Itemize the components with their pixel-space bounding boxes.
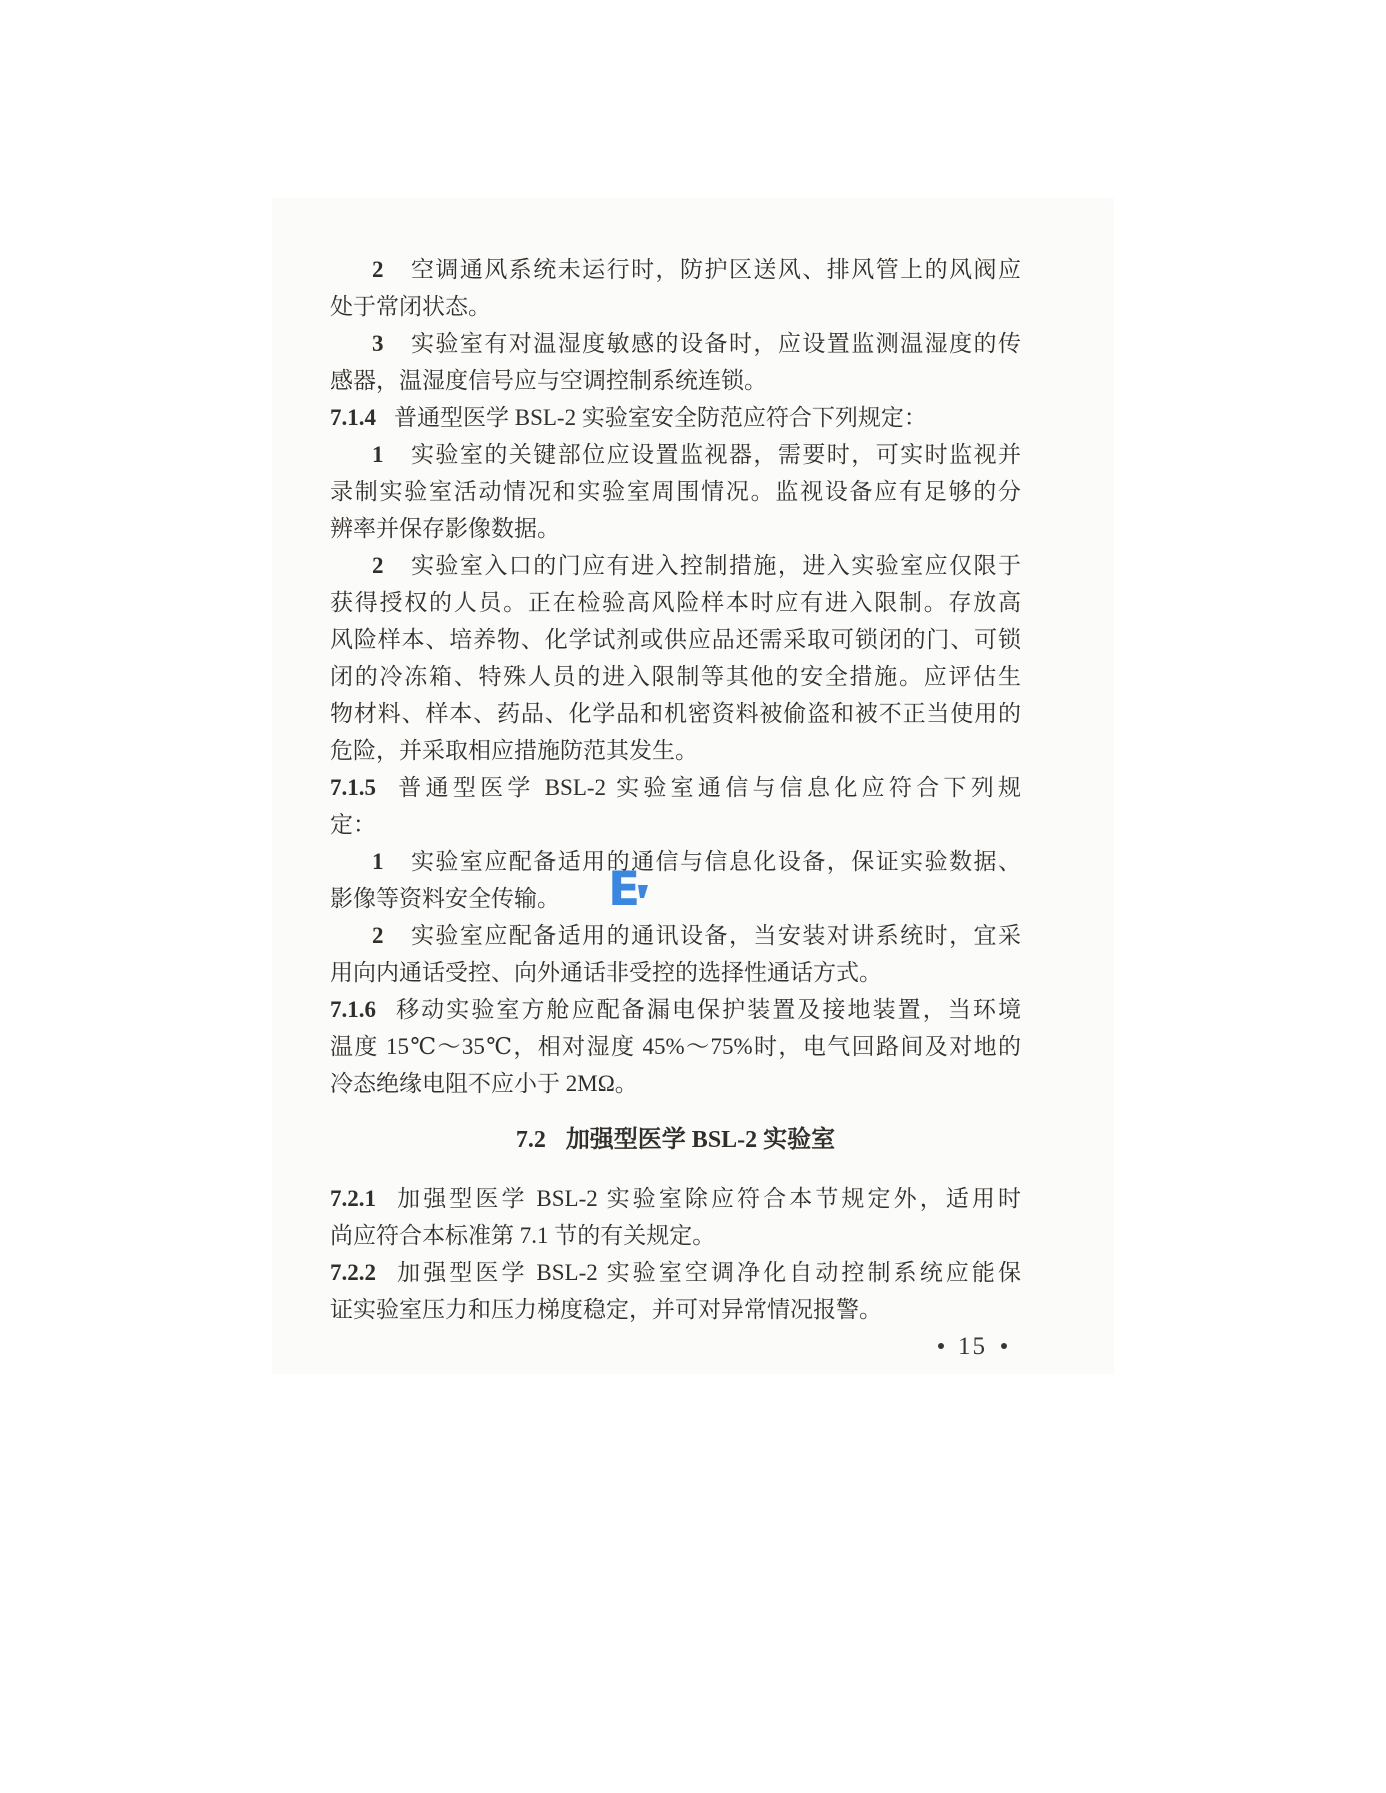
text-line: 冷态绝缘电阻不应小于 2MΩ。 <box>330 1065 1021 1102</box>
text-line: 物材料、样本、药品、化学品和机密资料被偷盗和被不正当使用的 <box>330 695 1021 732</box>
section-heading-number: 7.2 <box>516 1127 546 1153</box>
section-heading: 7.2加强型医学 BSL-2 实验室 <box>330 1122 1021 1159</box>
clause-number: 7.2.2 <box>330 1260 376 1285</box>
body-lines-bottom: 7.2.1加强型医学 BSL-2 实验室除应符合本节规定外，适用时尚应符合本标准… <box>330 1180 1021 1328</box>
text-column: 2空调通风系统未运行时，防护区送风、排风管上的风阀应处于常闭状态。3实验室有对温… <box>330 0 1021 1328</box>
text-line: 定： <box>330 806 1021 843</box>
clause-line: 7.2.1加强型医学 BSL-2 实验室除应符合本节规定外，适用时 <box>330 1180 1021 1217</box>
text-line: 尚应符合本标准第 7.1 节的有关规定。 <box>330 1217 1021 1254</box>
footer-dot-right: · <box>1001 1343 1007 1349</box>
clause-line: 3实验室有对温湿度敏感的设备时，应设置监测温湿度的传 <box>330 325 1021 362</box>
footer-dot-left: · <box>938 1343 944 1349</box>
text-line: 录制实验室活动情况和实验室周围情况。监视设备应有足够的分 <box>330 473 1021 510</box>
clause-line: 2空调通风系统未运行时，防护区送风、排风管上的风阀应 <box>330 251 1021 288</box>
text-line: 影像等资料安全传输。 <box>330 880 1021 917</box>
clause-number: 2 <box>372 553 384 578</box>
text-line: 温度 15℃～35℃，相对湿度 45%～75%时，电气回路间及对地的 <box>330 1028 1021 1065</box>
clause-line: 1实验室应配备适用的通信与信息化设备，保证实验数据、 <box>330 843 1021 880</box>
text-line: 证实验室压力和压力梯度稳定，并可对异常情况报警。 <box>330 1291 1021 1328</box>
clause-line: 7.1.4普通型医学 BSL-2 实验室安全防范应符合下列规定： <box>330 399 1021 436</box>
clause-number: 2 <box>372 923 384 948</box>
clause-number: 7.2.1 <box>330 1186 376 1211</box>
clause-number: 1 <box>372 849 384 874</box>
clause-number: 2 <box>372 257 384 282</box>
section-heading-title: 加强型医学 BSL-2 实验室 <box>566 1127 835 1153</box>
text-line: 获得授权的人员。正在检验高风险样本时应有进入限制。存放高 <box>330 584 1021 621</box>
clause-line: 1实验室的关键部位应设置监视器，需要时，可实时监视并 <box>330 436 1021 473</box>
text-line: 风险样本、培养物、化学试剂或供应品还需采取可锁闭的门、可锁 <box>330 621 1021 658</box>
text-line: 辨率并保存影像数据。 <box>330 510 1021 547</box>
page-number: 15 <box>958 1333 987 1360</box>
body-lines-top: 2空调通风系统未运行时，防护区送风、排风管上的风阀应处于常闭状态。3实验室有对温… <box>330 251 1021 1102</box>
clause-number: 7.1.4 <box>330 405 376 430</box>
blue-logo-mark: E <box>608 872 658 920</box>
blue-tick-icon <box>637 885 649 899</box>
clause-line: 2实验室应配备适用的通讯设备，当安装对讲系统时，宜采 <box>330 917 1021 954</box>
clause-number: 1 <box>372 442 384 467</box>
text-line: 处于常闭状态。 <box>330 288 1021 325</box>
text-line: 危险，并采取相应措施防范其发生。 <box>330 732 1021 769</box>
text-line: 用向内通话受控、向外通话非受控的选择性通话方式。 <box>330 954 1021 991</box>
clause-line: 2实验室入口的门应有进入控制措施，进入实验室应仅限于 <box>330 547 1021 584</box>
document-page: 2空调通风系统未运行时，防护区送风、排风管上的风阀应处于常闭状态。3实验室有对温… <box>0 0 1386 1793</box>
text-line: 闭的冷冻箱、特殊人员的进入限制等其他的安全措施。应评估生 <box>330 658 1021 695</box>
clause-number: 3 <box>372 331 384 356</box>
clause-line: 7.2.2加强型医学 BSL-2 实验室空调净化自动控制系统应能保 <box>330 1254 1021 1291</box>
clause-line: 7.1.6移动实验室方舱应配备漏电保护装置及接地装置，当环境 <box>330 991 1021 1028</box>
clause-line: 7.1.5普通型医学 BSL-2 实验室通信与信息化应符合下列规 <box>330 769 1021 806</box>
clause-number: 7.1.6 <box>330 997 376 1022</box>
clause-number: 7.1.5 <box>330 775 376 800</box>
text-line: 感器，温湿度信号应与空调控制系统连锁。 <box>330 362 1021 399</box>
page-number-footer: ·15· <box>938 1330 1007 1364</box>
blue-letter-e-icon: E <box>608 866 640 913</box>
